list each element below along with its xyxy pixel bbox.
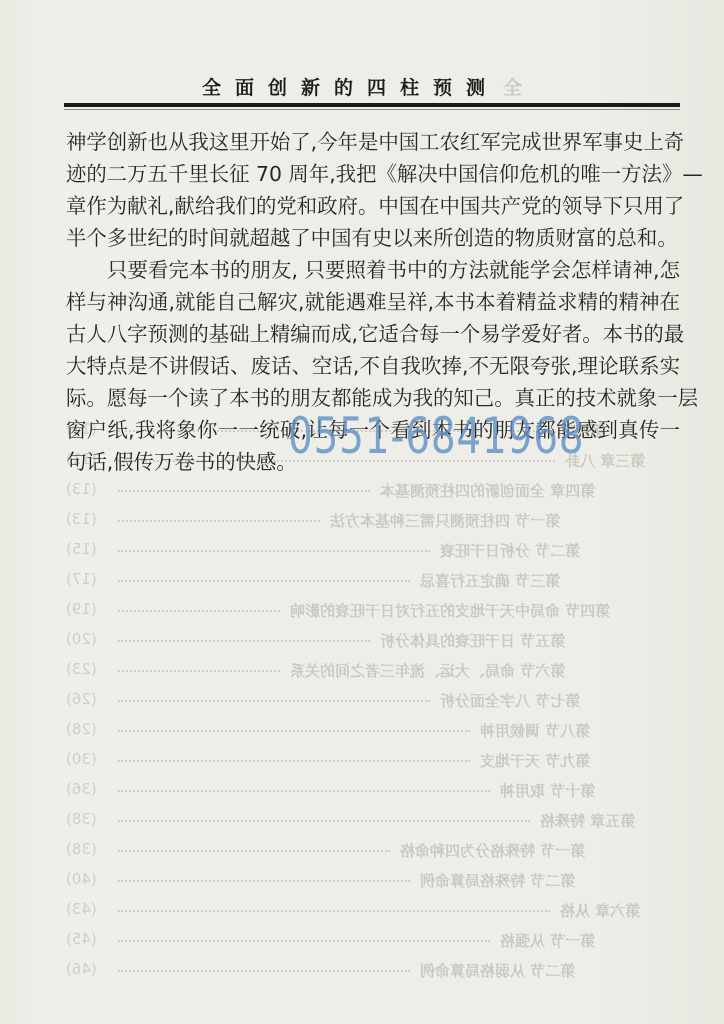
bleed-through-row: (26)第七节 八字全面分析 [66, 686, 686, 714]
bleed-entry-title: 第二节 特殊格局算命例 [420, 870, 575, 891]
bleed-entry-title: 第二节 分析日干旺衰 [440, 540, 580, 561]
text-line: 迹的二万五千里长征 70 周年,我把《解决中国信仰危机的唯一方法》— [66, 158, 680, 190]
bleed-entry-title: 第一节 特殊格分为四种命格 [400, 840, 585, 861]
bleed-entry-title: 第八节 调候用神 [480, 720, 590, 741]
bleed-leader-dots [118, 670, 280, 674]
bleed-page-number: (15) [66, 540, 97, 558]
bleed-page-number: (28) [66, 720, 97, 738]
text-line: 样与神沟通,就能自己解灾,就能遇难呈祥,本书本着精益求精的精神在 [66, 286, 680, 318]
header-rule-thick [64, 103, 680, 107]
bleed-page-number: (38) [66, 810, 97, 828]
bleed-leader-dots [118, 520, 320, 524]
bleed-leader-dots [118, 640, 370, 644]
running-header-ghost-glyph: 全 [503, 77, 522, 99]
text-line: 半个多世纪的时间就超越了中国有史以来所创造的物质财富的总和。 [66, 222, 680, 254]
bleed-entry-title: 第二节 从弱格局算命例 [420, 960, 575, 981]
paragraph-1: 神学创新也从我这里开始了,今年是中国工农红军完成世界军事史上奇 迹的二万五千里长… [66, 126, 680, 254]
bleed-page-number: (17) [66, 570, 97, 588]
bleed-through-row: (43)第六章 从格 [66, 896, 686, 924]
bleed-leader-dots [118, 910, 550, 914]
bleed-page-number: (30) [66, 750, 97, 768]
bleed-leader-dots [118, 610, 280, 614]
bleed-through-row: (36)第十节 取用神 [66, 776, 686, 804]
bleed-leader-dots [118, 940, 490, 944]
bleed-page-number: (13) [66, 510, 97, 528]
bleed-leader-dots [118, 580, 410, 584]
bleed-page-number: (13) [66, 480, 97, 498]
bleed-entry-title: 第七节 八字全面分析 [440, 690, 580, 711]
bleed-leader-dots [118, 820, 530, 824]
bleed-leader-dots [118, 490, 370, 494]
bleed-leader-dots [118, 790, 490, 794]
bleed-page-number: (45) [66, 930, 97, 948]
bleed-page-number: (26) [66, 690, 97, 708]
bleed-entry-title: 第四章 全面创新的四柱预测基本 [380, 480, 595, 501]
bleed-through-row: (40)第二节 特殊格局算命例 [66, 866, 686, 894]
bleed-page-number: (46) [66, 960, 97, 978]
bleed-through-row: (30)第九节 天干地支 [66, 746, 686, 774]
bleed-leader-dots [118, 850, 390, 854]
bleed-through-row: (13)第四章 全面创新的四柱预测基本 [66, 476, 686, 504]
bleed-entry-title: 第四节 命局中天干地支的五行对日干旺衰的影响 [290, 600, 610, 621]
bleed-through-row: (28)第八节 调候用神 [66, 716, 686, 744]
bleed-through-row: (19)第四节 命局中天干地支的五行对日干旺衰的影响 [66, 596, 686, 624]
bleed-page-number: (40) [66, 870, 97, 888]
bleed-page-number: (20) [66, 630, 97, 648]
text-line: 古人八字预测的基础上精编而成,它适合每一个易学爱好者。本书的最 [66, 318, 680, 350]
text-line: 只要看完本书的朋友, 只要照着书中的方法就能学会怎样请神,怎 [66, 254, 680, 286]
running-header-title: 全面创新的四柱预测 [202, 77, 499, 99]
bleed-entry-title: 第五节 日干旺衰的具体分析 [380, 630, 565, 651]
bleed-through-row: (13)第一节 四柱预测只需三种基本方法 [66, 506, 686, 534]
bleed-page-number: (36) [66, 780, 97, 798]
bleed-page-number: (38) [66, 840, 97, 858]
bleed-entry-title: 第一节 从强格 [500, 930, 595, 951]
bleed-leader-dots [118, 970, 410, 974]
header-rule-thin [64, 109, 680, 110]
bleed-entry-title: 第三节 确定五行喜忌 [420, 570, 560, 591]
running-header: 全面创新的四柱预测全 [0, 74, 724, 102]
bleed-through-row: (38)第一节 特殊格分为四种命格 [66, 836, 686, 864]
bleed-through-row: (23)第六节 命局、大运、流年三者之间的关系 [66, 656, 686, 684]
bleed-through-row: (15)第二节 分析日干旺衰 [66, 536, 686, 564]
bleed-leader-dots [118, 730, 470, 734]
bleed-leader-dots [118, 760, 470, 764]
bleed-through-row: (38)第五章 特殊格 [66, 806, 686, 834]
bleed-entry-title: 第九节 天干地支 [480, 750, 590, 771]
phone-number-stamp: 0551-6841968 [288, 408, 584, 464]
bleed-entry-title: 第六章 从格 [560, 900, 640, 921]
text-line: 章作为献礼,献给我们的党和政府。中国在中国共产党的领导下只用了 [66, 190, 680, 222]
bleed-through-row: (45)第一节 从强格 [66, 926, 686, 954]
text-line: 大特点是不讲假话、废话、空话,不自我吹捧,不无限夸张,理论联系实 [66, 350, 680, 382]
bleed-entry-title: 第十节 取用神 [500, 780, 595, 801]
bleed-through-row: (20)第五节 日干旺衰的具体分析 [66, 626, 686, 654]
bleed-leader-dots [118, 550, 430, 554]
bleed-page-number: (23) [66, 660, 97, 678]
bleed-leader-dots [118, 880, 410, 884]
bleed-leader-dots [118, 700, 430, 704]
bleed-entry-title: 第一节 四柱预测只需三种基本方法 [330, 510, 560, 531]
bleed-through-row: (46)第二节 从弱格局算命例 [66, 956, 686, 984]
bleed-through-row: (17)第三节 确定五行喜忌 [66, 566, 686, 594]
bleed-entry-title: 第六节 命局、大运、流年三者之间的关系 [290, 660, 565, 681]
text-line: 神学创新也从我这里开始了,今年是中国工农红军完成世界军事史上奇 [66, 126, 680, 158]
bleed-page-number: (43) [66, 900, 97, 918]
bleed-page-number: (19) [66, 600, 97, 618]
bleed-entry-title: 第五章 特殊格 [540, 810, 635, 831]
scanned-book-page: (11)第四节(11)第三章 八卦(13)第四章 全面创新的四柱预测基本(13)… [0, 0, 724, 1024]
